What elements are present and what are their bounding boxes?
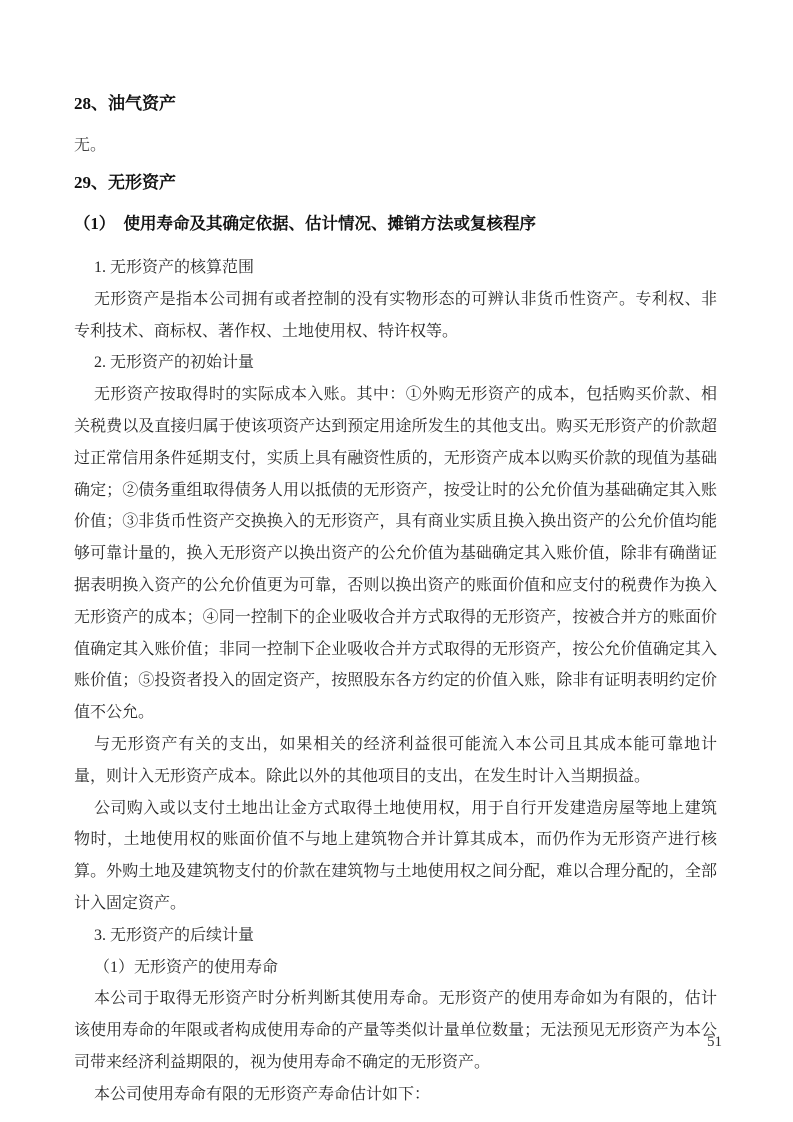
item-initial-measurement: 2. 无形资产的初始计量	[74, 347, 717, 379]
page-number: 51	[707, 1033, 722, 1051]
document-page: 28、油气资产 无。 29、无形资产 （1） 使用寿命及其确定依据、估计情况、摊…	[0, 0, 793, 1122]
paragraph-scope-definition: 无形资产是指本公司拥有或者控制的没有实物形态的可辨认非货币性资产。专利权、非专利…	[74, 284, 717, 348]
item-useful-life: （1）无形资产的使用寿命	[74, 952, 717, 984]
paragraph-oil-gas-none: 无。	[74, 130, 717, 162]
item-subsequent-measurement: 3. 无形资产的后续计量	[74, 920, 717, 952]
paragraph-related-expenditure: 与无形资产有关的支出，如果相关的经济利益很可能流入本公司且其成本能可靠地计量，则…	[74, 729, 717, 793]
paragraph-useful-life-judgement: 本公司于取得无形资产时分析判断其使用寿命。无形资产的使用寿命如为有限的，估计该使…	[74, 983, 717, 1078]
heading-useful-life-method: （1） 使用寿命及其确定依据、估计情况、摊销方法或复核程序	[74, 208, 717, 240]
paragraph-useful-life-estimate-intro: 本公司使用寿命有限的无形资产寿命估计如下：	[74, 1079, 717, 1111]
paragraph-initial-measurement: 无形资产按取得时的实际成本入账。其中：①外购无形资产的成本，包括购买价款、相关税…	[74, 379, 717, 729]
item-accounting-scope: 1. 无形资产的核算范围	[74, 252, 717, 284]
heading-oil-gas-assets: 28、油气资产	[74, 88, 717, 120]
heading-intangible-assets: 29、无形资产	[74, 167, 717, 199]
paragraph-land-use-right: 公司购入或以支付土地出让金方式取得土地使用权，用于自行开发建造房屋等地上建筑物时…	[74, 793, 717, 920]
